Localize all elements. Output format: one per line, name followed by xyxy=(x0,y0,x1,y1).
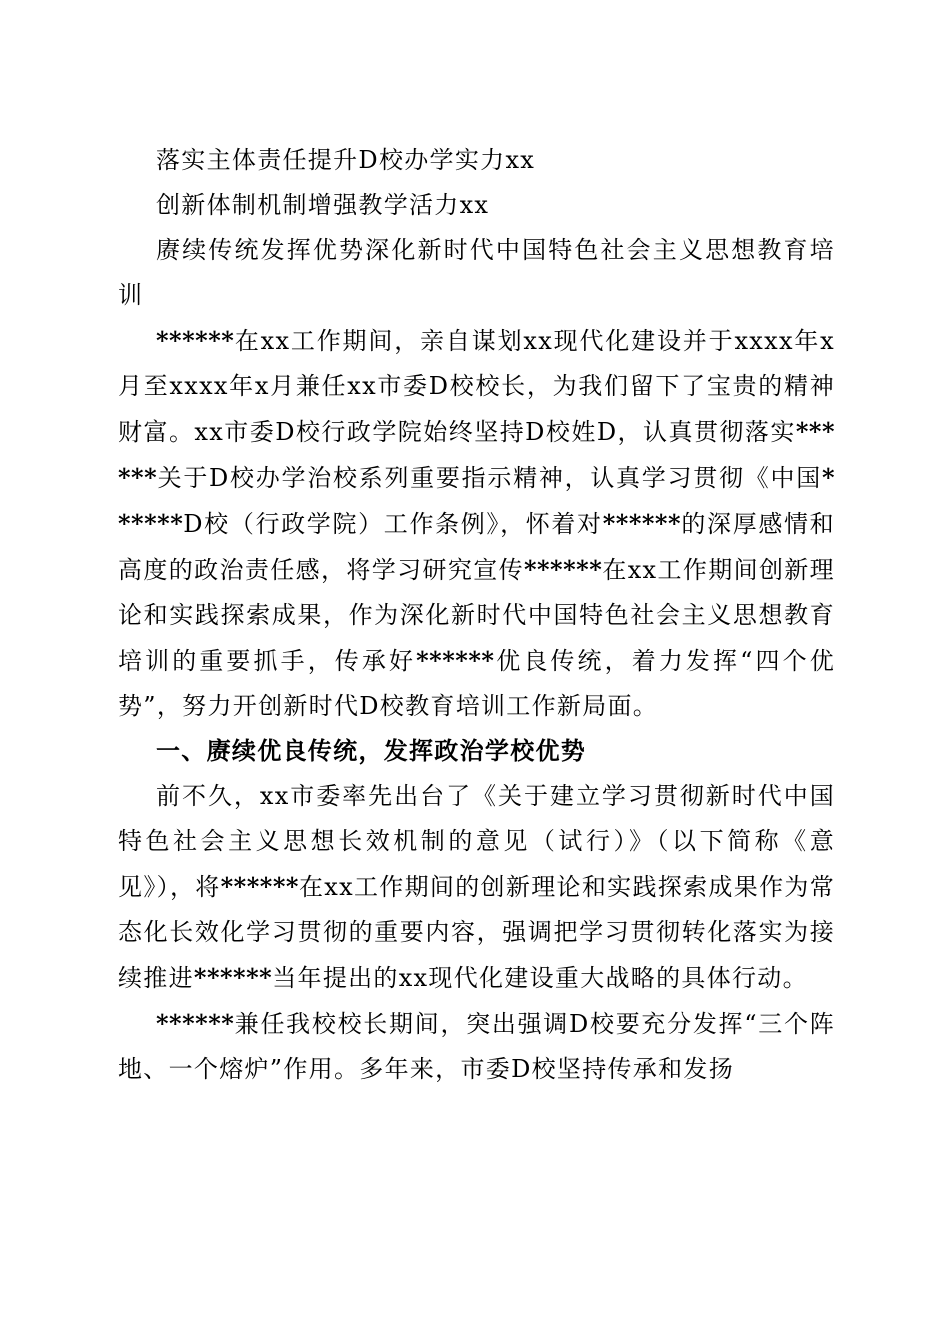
section-heading: 一、赓续优良传统，发挥政治学校优势 xyxy=(118,729,835,774)
title-line: 落实主体责任提升D校办学实力xx xyxy=(118,138,835,183)
document-body: 落实主体责任提升D校办学实力xx创新体制机制增强教学活力xx赓续传统发挥优势深化… xyxy=(118,138,835,1092)
asterisk-redaction: ****** xyxy=(194,963,272,992)
asterisk-redaction: ****** xyxy=(118,417,835,492)
body-paragraph: 前不久，xx市委率先出台了《关于建立学习贯彻新时代中国特色社会主义思想长效机制的… xyxy=(118,774,835,1001)
asterisk-redaction: ****** xyxy=(156,326,234,355)
body-paragraph: ******兼任我校校长期间，突出强调D校要充分发挥“三个阵地、一个熔炉”作用。… xyxy=(118,1001,835,1092)
document-page: 落实主体责任提升D校办学实力xx创新体制机制增强教学活力xx赓续传统发挥优势深化… xyxy=(0,0,950,1344)
asterisk-redaction: ****** xyxy=(156,1009,234,1038)
title-line: 赓续传统发挥优势深化新时代中国特色社会主义思想教育培训 xyxy=(118,228,835,318)
asterisk-redaction: ****** xyxy=(524,555,602,584)
asterisk-redaction: ****** xyxy=(221,872,299,901)
title-line: 创新体制机制增强教学活力xx xyxy=(118,183,835,228)
asterisk-redaction: ****** xyxy=(416,646,494,675)
body-paragraph: ******在xx工作期间，亲自谋划xx现代化建设并于xxxx年x月至xxxx年… xyxy=(118,318,835,729)
asterisk-redaction: ****** xyxy=(118,463,835,538)
asterisk-redaction: ****** xyxy=(603,509,681,538)
